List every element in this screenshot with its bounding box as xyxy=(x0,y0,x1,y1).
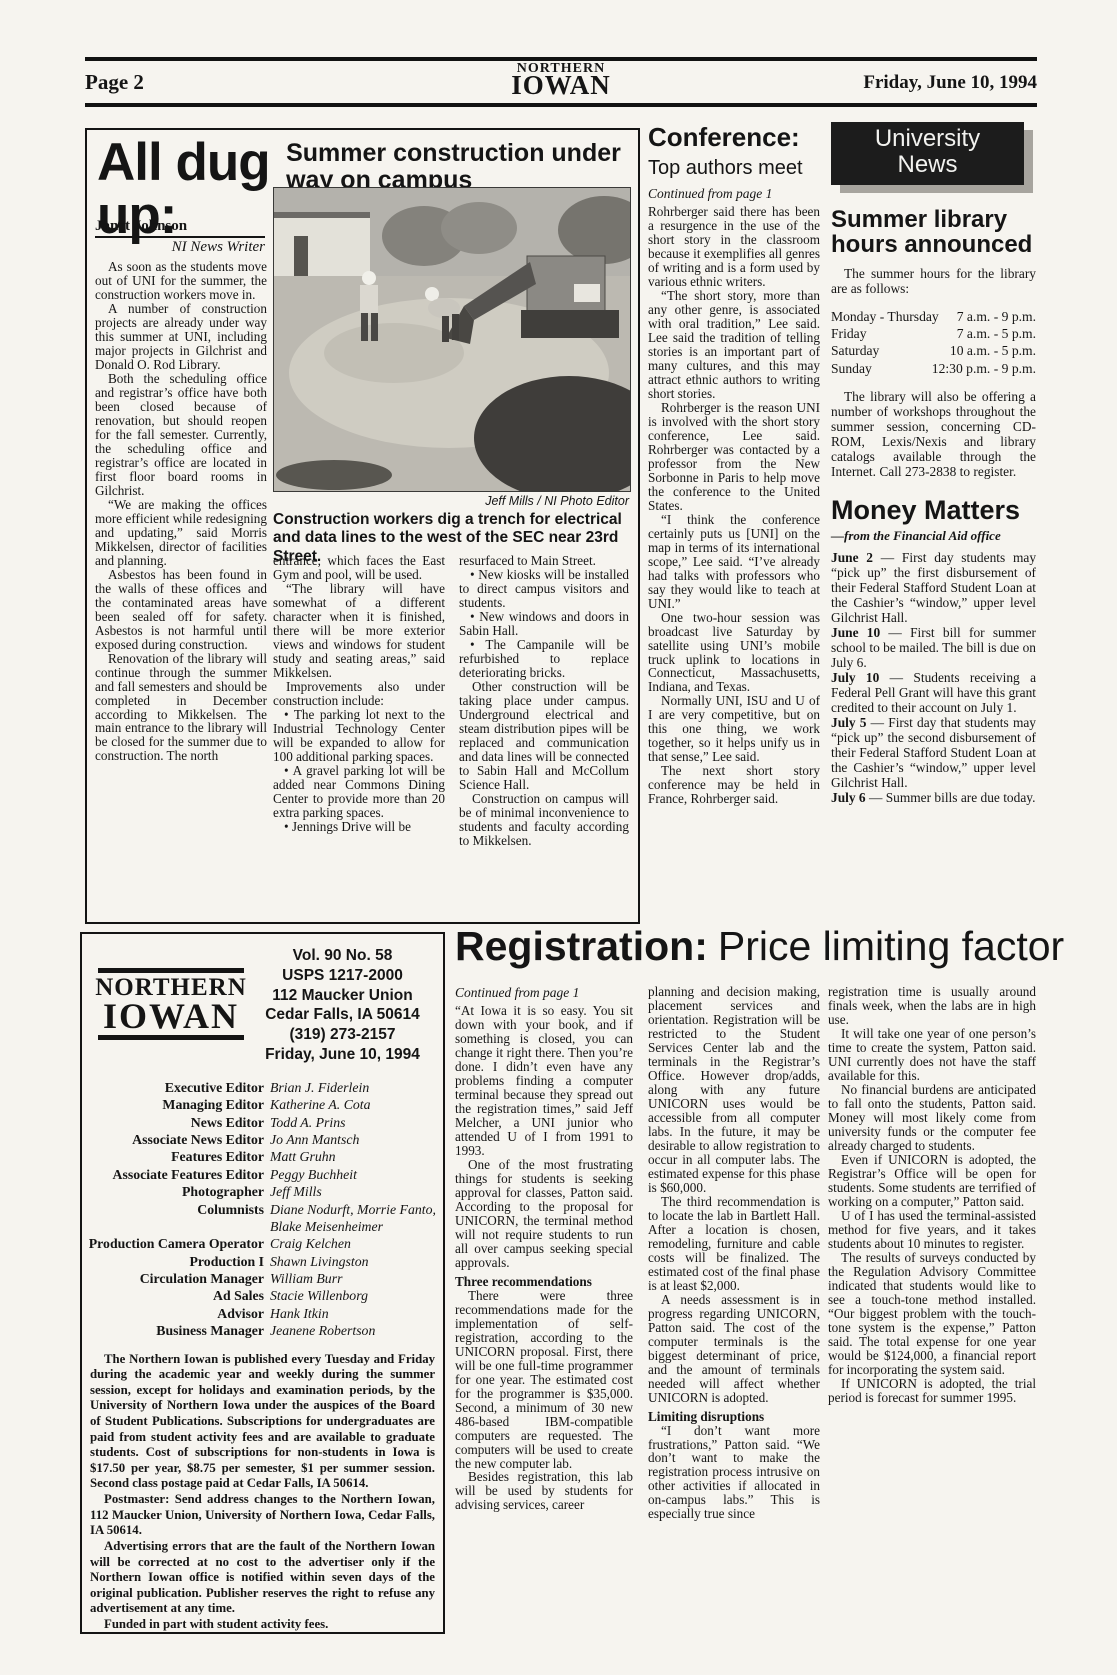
paragraph: Construction on campus will be of minima… xyxy=(459,792,629,848)
paragraph: entrance, which faces the East Gym and p… xyxy=(273,554,445,582)
paragraph: “I don’t want more frustrations,” Patton… xyxy=(648,1424,820,1522)
paragraph: A copy of the Northern Iowan grievance p… xyxy=(90,1633,435,1634)
paragraph: Advertising errors that are the fault of… xyxy=(90,1539,435,1617)
paragraph: Three recommendations xyxy=(455,1275,633,1289)
staff-name: Stacie Willenborg xyxy=(270,1287,437,1304)
staff-name: Jo Ann Mantsch xyxy=(270,1131,437,1148)
money-item-date: July 6 xyxy=(831,790,866,805)
paragraph: One of the most frustrating things for s… xyxy=(455,1158,633,1270)
paragraph: “The library will have somewhat of a dif… xyxy=(273,582,445,680)
paragraph: “I think the conference certainly puts u… xyxy=(648,513,820,611)
staff-name: Todd A. Prins xyxy=(270,1114,437,1131)
info-line: USPS 1217-2000 xyxy=(250,966,435,986)
paragraph: Rohrberger is the reason UNI is involved… xyxy=(648,401,820,513)
paragraph: “We are making the offices more efficien… xyxy=(95,498,267,568)
article-column-3: resurfaced to Main Street.• New kiosks w… xyxy=(459,554,629,848)
staff-role: Features Editor xyxy=(88,1148,270,1165)
article-all-dug-up: All dug up: Summer construction under wa… xyxy=(85,128,640,924)
conference-column: Rohrberger said there has been a resurge… xyxy=(648,205,820,806)
page-header: Page 2 NORTHERN IOWAN Friday, June 10, 1… xyxy=(85,62,1037,102)
staff-row: Associate Features EditorPeggy Buchheit xyxy=(88,1166,437,1183)
staff-row: Associate News EditorJo Ann Mantsch xyxy=(88,1131,437,1148)
staff-row: Circulation ManagerWilliam Burr xyxy=(88,1270,437,1287)
staff-row: AdvisorHank Itkin xyxy=(88,1305,437,1322)
paragraph: “At Iowa it is so easy. You sit down wit… xyxy=(455,1004,633,1158)
registration-column-3: registration time is usually around fina… xyxy=(828,985,1036,1405)
staff-row: PhotographerJeff Mills xyxy=(88,1183,437,1200)
staff-name: Hank Itkin xyxy=(270,1305,437,1322)
registration-headline-bold: Registration: xyxy=(455,923,708,969)
hours-time: 7 a.m. - 5 p.m. xyxy=(957,325,1036,342)
hours-time: 7 a.m. - 9 p.m. xyxy=(957,308,1036,325)
money-item: July 10 — Students receiving a Federal P… xyxy=(831,670,1036,715)
logo-line-2: IOWAN xyxy=(92,1000,250,1033)
conference-headline: Conference: xyxy=(648,122,820,153)
library-hours-outro: The library will also be offering a numb… xyxy=(831,389,1036,479)
staff-name: Katherine A. Cota xyxy=(270,1096,437,1113)
header-rule-bottom xyxy=(85,103,1037,107)
paragraph: Postmaster: Send address changes to the … xyxy=(90,1492,435,1539)
paragraph: As soon as the students move out of UNI … xyxy=(95,260,267,302)
paragraph: Other construction will be taking place … xyxy=(459,680,629,792)
staff-row: Executive EditorBrian J. Fiderlein xyxy=(88,1079,437,1096)
paragraph: It will take one year of one person’s ti… xyxy=(828,1027,1036,1083)
paragraph: • A gravel parking lot will be added nea… xyxy=(273,764,445,820)
staff-role: Business Manager xyxy=(88,1322,270,1339)
staff-name: Shawn Livingston xyxy=(270,1253,437,1270)
money-item: July 6 — Summer bills are due today. xyxy=(831,790,1036,805)
article-conference: Conference: Top authors meet Continued f… xyxy=(648,122,820,914)
paragraph: Renovation of the library will continue … xyxy=(95,652,267,764)
library-hours-headline: Summer library hours announced xyxy=(831,207,1036,258)
hours-row: Sunday12:30 p.m. - 9 p.m. xyxy=(831,360,1036,377)
paragraph: Rohrberger said there has been a resurge… xyxy=(648,205,820,289)
money-item-date: June 2 xyxy=(831,550,873,565)
staff-role: Photographer xyxy=(88,1183,270,1200)
article-column-2: entrance, which faces the East Gym and p… xyxy=(273,554,445,834)
money-item: July 5 — First day that students may “pi… xyxy=(831,715,1036,790)
info-line: Friday, June 10, 1994 xyxy=(250,1045,435,1065)
staff-role: Associate News Editor xyxy=(88,1131,270,1148)
paragraph: A needs assessment is in progress regard… xyxy=(648,1293,820,1405)
masthead-box: NORTHERN IOWAN Vol. 90 No. 58USPS 1217-2… xyxy=(80,932,445,1634)
construction-photo xyxy=(273,187,631,492)
money-matters-items: June 2 — First day students may “pick up… xyxy=(831,550,1036,805)
badge-line-2: News xyxy=(831,152,1024,178)
paragraph: The third recommendation is to locate th… xyxy=(648,1195,820,1293)
paragraph: There were three recommendations made fo… xyxy=(455,1289,633,1471)
staff-role: Advisor xyxy=(88,1305,270,1322)
badge-line-1: University xyxy=(831,126,1024,152)
paragraph: • Jennings Drive will be xyxy=(273,820,445,834)
paragraph: If UNICORN is adopted, the trial period … xyxy=(828,1377,1036,1405)
registration-column-1-text: “At Iowa it is so easy. You sit down wit… xyxy=(455,1004,633,1512)
staff-name: Matt Gruhn xyxy=(270,1148,437,1165)
paragraph: • The parking lot next to the Industrial… xyxy=(273,708,445,764)
paragraph: Improvements also under construction inc… xyxy=(273,680,445,708)
staff-row: Production Camera OperatorCraig Kelchen xyxy=(88,1235,437,1252)
paragraph: • New windows and doors in Sabin Hall. xyxy=(459,610,629,638)
staff-row: ColumnistsDiane Nodurft, Morrie Fanto, B… xyxy=(88,1201,437,1236)
money-matters-source: —from the Financial Aid office xyxy=(831,528,1036,544)
staff-role: Columnists xyxy=(88,1201,270,1236)
info-line: 112 Maucker Union xyxy=(250,986,435,1006)
logo-bar-top xyxy=(98,968,244,973)
staff-role: Production I xyxy=(88,1253,270,1270)
library-hours-intro: The summer hours for the library are as … xyxy=(831,266,1036,296)
hours-day: Friday xyxy=(831,325,867,342)
staff-name: Peggy Buchheit xyxy=(270,1166,437,1183)
staff-name: Craig Kelchen xyxy=(270,1235,437,1252)
issue-date: Friday, June 10, 1994 xyxy=(863,72,1037,94)
staff-name: Jeff Mills xyxy=(270,1183,437,1200)
staff-role: Managing Editor xyxy=(88,1096,270,1113)
money-item-date: June 10 xyxy=(831,625,880,640)
staff-row: Ad SalesStacie Willenborg xyxy=(88,1287,437,1304)
hours-time: 12:30 p.m. - 9 p.m. xyxy=(932,360,1036,377)
paragraph: Asbestos has been found in the walls of … xyxy=(95,568,267,652)
paragraph: “The short story, more than any other ge… xyxy=(648,289,820,401)
paragraph: The results of surveys conducted by the … xyxy=(828,1251,1036,1377)
paragraph: registration time is usually around fina… xyxy=(828,985,1036,1027)
byline-author: Janet Johnson xyxy=(95,218,265,238)
staff-row: Managing EditorKatherine A. Cota xyxy=(88,1096,437,1113)
registration-headline: Registration:Price limiting factor xyxy=(455,926,1040,967)
paragraph: Limiting disruptions xyxy=(648,1410,820,1424)
paragraph: One two-hour session was broadcast live … xyxy=(648,611,820,695)
library-hours-table: Monday - Thursday7 a.m. - 9 p.m.Friday7 … xyxy=(831,308,1036,378)
article-column-1: As soon as the students move out of UNI … xyxy=(95,260,267,763)
info-line: Vol. 90 No. 58 xyxy=(250,946,435,966)
continued-line: Continued from page 1 xyxy=(455,985,633,1001)
paragraph: No financial burdens are anticipated to … xyxy=(828,1083,1036,1153)
continued-line: Continued from page 1 xyxy=(648,186,820,202)
staff-role: Executive Editor xyxy=(88,1079,270,1096)
paragraph: Even if UNICORN is adopted, the Registra… xyxy=(828,1153,1036,1209)
byline: Janet Johnson NI News Writer xyxy=(95,218,265,256)
staff-role: Associate Features Editor xyxy=(88,1166,270,1183)
construction-photo-image xyxy=(274,188,630,491)
money-item: June 2 — First day students may “pick up… xyxy=(831,550,1036,625)
staff-name: Jeanene Robertson xyxy=(270,1322,437,1339)
staff-list: Executive EditorBrian J. FiderleinManagi… xyxy=(88,1079,437,1340)
paragraph: planning and decision making, placement … xyxy=(648,985,820,1195)
hours-day: Sunday xyxy=(831,360,872,377)
money-item: June 10 — First bill for summer school t… xyxy=(831,625,1036,670)
hours-row: Saturday10 a.m. - 5 p.m. xyxy=(831,342,1036,359)
hours-day: Monday - Thursday xyxy=(831,308,939,325)
staff-role: Circulation Manager xyxy=(88,1270,270,1287)
university-news: University News Summer library hours ann… xyxy=(831,122,1036,805)
money-matters-headline: Money Matters xyxy=(831,495,1036,526)
paragraph: Both the scheduling office and registrar… xyxy=(95,372,267,498)
paragraph: • The Campanile will be refurbished to r… xyxy=(459,638,629,680)
masthead-paragraphs: The Northern Iowan is published every Tu… xyxy=(90,1352,435,1634)
staff-role: News Editor xyxy=(88,1114,270,1131)
info-line: Cedar Falls, IA 50614 xyxy=(250,1005,435,1025)
hours-row: Friday7 a.m. - 5 p.m. xyxy=(831,325,1036,342)
paragraph: U of I has used the terminal-assisted me… xyxy=(828,1209,1036,1251)
registration-column-2: planning and decision making, placement … xyxy=(648,985,820,1521)
registration-headline-rest: Price limiting factor xyxy=(718,923,1064,969)
university-news-badge: University News xyxy=(831,122,1024,185)
paragraph: resurfaced to Main Street. xyxy=(459,554,629,568)
paragraph: • New kiosks will be installed to direct… xyxy=(459,568,629,610)
money-item-date: July 5 xyxy=(831,715,866,730)
hours-row: Monday - Thursday7 a.m. - 9 p.m. xyxy=(831,308,1036,325)
conference-subhead: Top authors meet xyxy=(648,157,820,180)
info-line: (319) 273-2157 xyxy=(250,1025,435,1045)
staff-row: News EditorTodd A. Prins xyxy=(88,1114,437,1131)
paragraph: The Northern Iowan is published every Tu… xyxy=(90,1352,435,1492)
staff-name: Brian J. Fiderlein xyxy=(270,1079,437,1096)
paragraph: Besides registration, this lab will be u… xyxy=(455,1470,633,1512)
staff-row: Features EditorMatt Gruhn xyxy=(88,1148,437,1165)
staff-row: Business ManagerJeanene Robertson xyxy=(88,1322,437,1339)
registration-column-1: Continued from page 1 “At Iowa it is so … xyxy=(455,985,633,1512)
paragraph: Normally UNI, ISU and U of I are very co… xyxy=(648,694,820,764)
photo-credit: Jeff Mills / NI Photo Editor xyxy=(273,494,629,508)
paragraph: The next short story conference may be h… xyxy=(648,764,820,806)
hours-time: 10 a.m. - 5 p.m. xyxy=(950,342,1036,359)
staff-name: William Burr xyxy=(270,1270,437,1287)
newspaper-page: Page 2 NORTHERN IOWAN Friday, June 10, 1… xyxy=(0,0,1117,1675)
byline-title: NI News Writer xyxy=(95,238,265,256)
staff-role: Production Camera Operator xyxy=(88,1235,270,1252)
staff-name: Diane Nodurft, Morrie Fanto, Blake Meise… xyxy=(270,1201,437,1236)
staff-role: Ad Sales xyxy=(88,1287,270,1304)
publication-info: Vol. 90 No. 58USPS 1217-2000112 Maucker … xyxy=(250,944,435,1065)
paragraph: A number of construction projects are al… xyxy=(95,302,267,372)
paragraph: Funded in part with student activity fee… xyxy=(90,1617,435,1633)
staff-row: Production IShawn Livingston xyxy=(88,1253,437,1270)
northern-iowan-logo: NORTHERN IOWAN xyxy=(92,944,250,1065)
money-item-date: July 10 xyxy=(831,670,879,685)
hours-day: Saturday xyxy=(831,342,879,359)
masthead-top: NORTHERN IOWAN Vol. 90 No. 58USPS 1217-2… xyxy=(82,934,443,1065)
